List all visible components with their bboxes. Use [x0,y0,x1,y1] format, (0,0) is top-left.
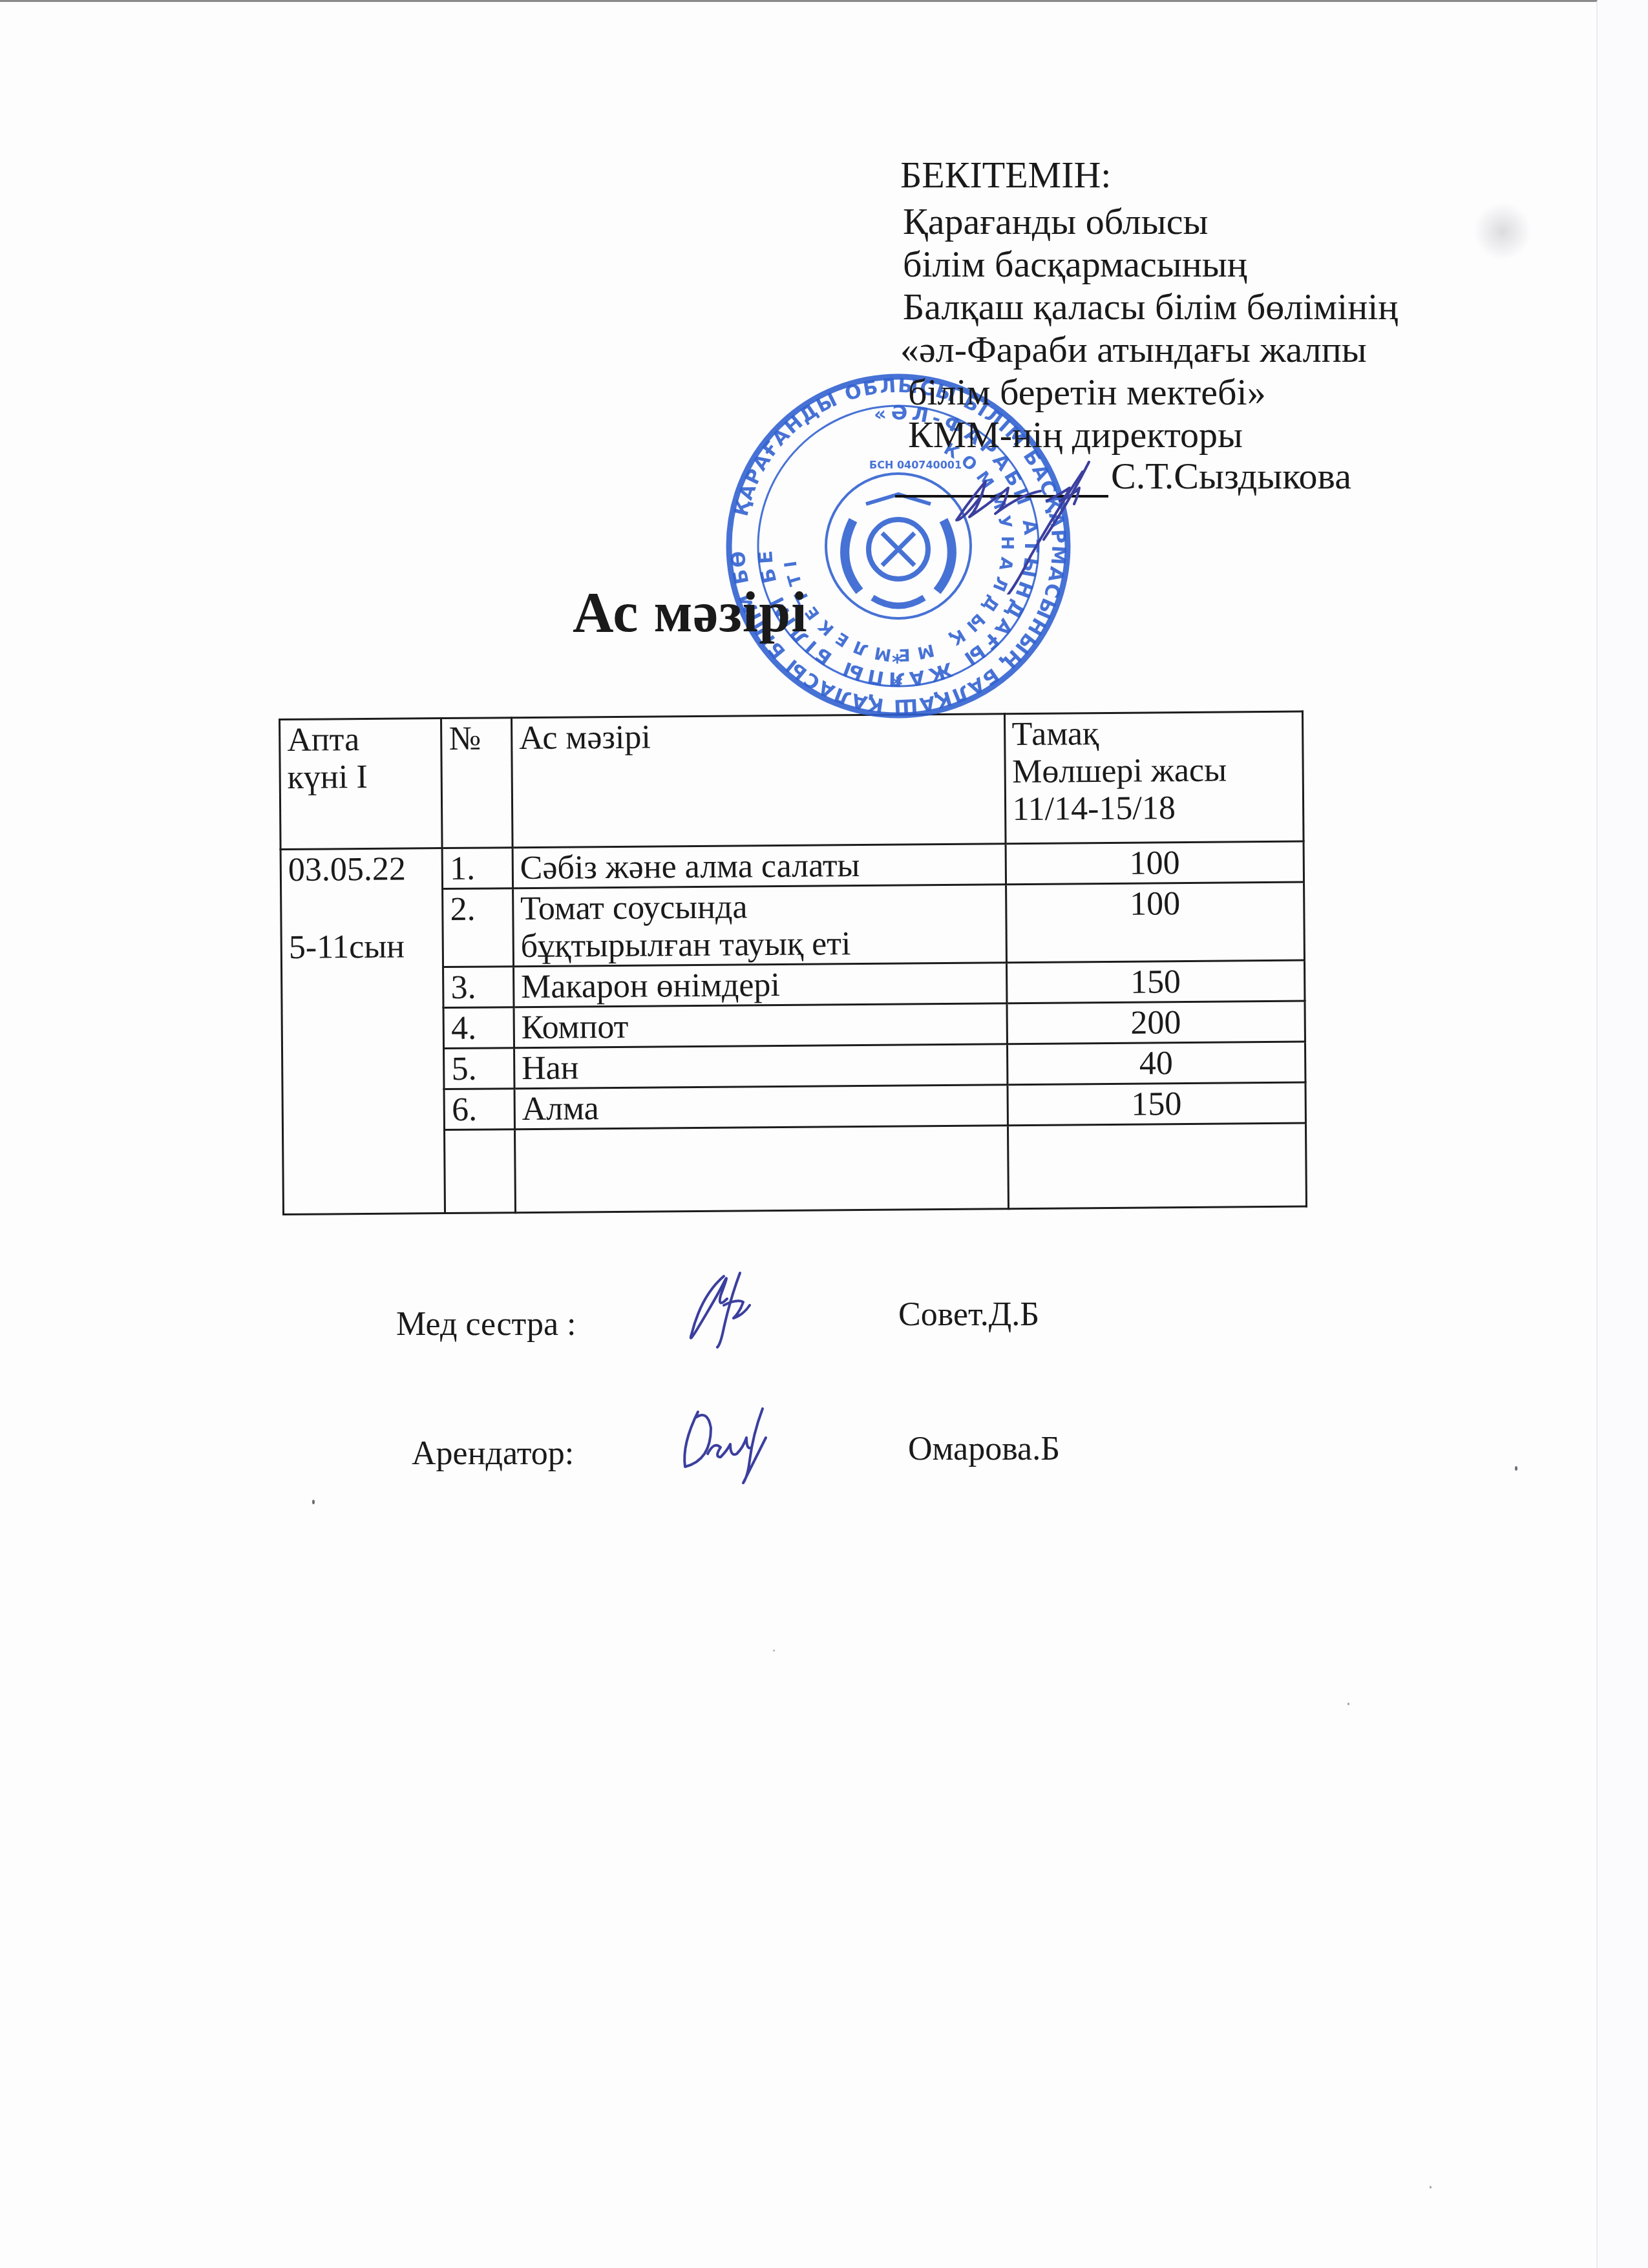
tenant-name: Омарова.Б [908,1430,1060,1468]
portion-value: 150 [1006,960,1305,1003]
director-signature [950,452,1144,594]
table-header-row: Апта күні І № Ас мәзірі Тамақ Мөлшері жа… [280,711,1304,849]
row-number: 6. [444,1089,514,1130]
tenant-label: Арендатор: [412,1434,574,1473]
approval-line: білім беретін мектебі» [908,373,1398,411]
nurse-label: Мед сестра : [396,1305,576,1343]
row-number: 5. [444,1048,514,1089]
menu-table: Апта күні І № Ас мәзірі Тамақ Мөлшері жа… [279,711,1307,1215]
row-number: 2. [443,888,513,967]
row-number: 4. [443,1007,514,1049]
nurse-name: Совет.Д.Б [898,1296,1039,1334]
menu-date: 03.05.22 [288,850,436,889]
dish-name: Нан [514,1044,1007,1089]
portion-value [1008,1123,1306,1209]
svg-text:*: * [892,672,903,697]
tenant-signature [672,1402,788,1486]
portion-value: 150 [1007,1082,1305,1126]
nurse-signature [679,1266,769,1350]
row-number: 1. [442,848,512,889]
portion-value: 100 [1006,841,1304,885]
header-number: № [441,718,512,848]
svg-text:*: * [892,649,903,674]
portion-value: 100 [1006,882,1304,963]
dish-name: Сәбіз және алма салаты [512,844,1006,888]
portion-value: 200 [1006,1001,1305,1044]
approval-block: БЕКІТЕМІН: Қарағанды облысы білім басқар… [900,156,1398,498]
dish-name: Алма [514,1085,1008,1129]
dish-name [514,1126,1008,1213]
header-day: Апта күні І [280,719,443,850]
menu-grade: 5-11сын [289,928,436,967]
approval-heading: БЕКІТЕМІН: [900,156,1398,194]
approval-line: КММ-нің директоры [908,416,1398,454]
header-menu: Ас мәзірі [511,714,1005,848]
header-portion: Тамақ Мөлшері жасы 11/14-15/18 [1004,711,1304,844]
row-number [445,1129,515,1213]
approval-line: Балқаш қаласы білім бөлімінің [903,288,1398,326]
page-title: Ас мәзірі [573,580,808,646]
director-name: С.Т.Сыздыкова [1111,455,1351,497]
approval-line: білім басқармасының [903,246,1398,283]
portion-value: 40 [1007,1042,1305,1085]
dish-name: Томат соусында бұқтырылған тауық еті [512,885,1006,967]
dish-name: Макарон өнімдері [513,963,1006,1007]
approval-line: «әл-Фараби атындағы жалпы [900,331,1398,368]
row-number: 3. [443,967,514,1008]
dish-name: Компот [514,1003,1007,1048]
approval-line: Қарағанды облысы [903,203,1398,240]
scan-smudge [1474,202,1532,260]
day-cell: 03.05.22 5-11сын [280,848,445,1215]
